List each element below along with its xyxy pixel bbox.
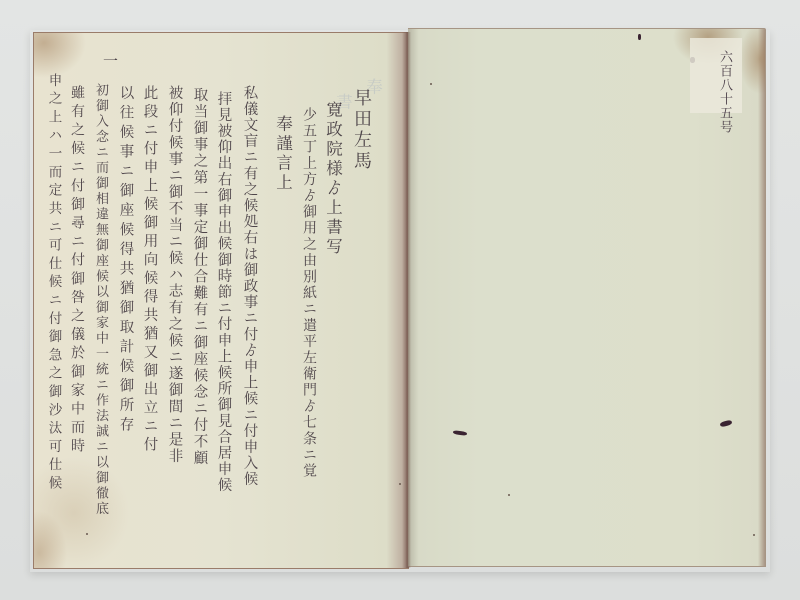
text-column: 私儀文盲ニ有之候処右は御政事ニ付ゟ申上候ニ付申入候 [242,85,257,488]
text-column: 申之上ハ一而定共ニ可仕候ニ付御急之御沙汰可仕候 [46,73,60,494]
text-column: 取当御事之第一事定御仕合難有ニ御座候念ニ付不顧 [192,87,207,467]
ink-blot [453,430,467,436]
catalog-number: 六百八十五号 [715,50,734,134]
text-column-title: 早田左馬 [352,88,370,172]
section-marker: 一 [102,53,117,71]
text-column: 雖有之候ニ付御尋ニ付御咎之儀於御家中而時 [70,85,84,457]
text-column: 少五丁上方ゟ御用之由別紙ニ遣平左衛門ゟ七条ニ覚 [302,107,316,480]
ink-speck [508,494,510,496]
ink-speck [86,533,88,535]
ink-blot [720,420,733,428]
text-column: 以往候事ニ御座候得共猶御取計候御所存 [118,85,133,436]
text-column: 初御入念ニ而御相違無御座候以御家中一統ニ作法誠ニ以御徹底 [94,83,107,517]
book-gutter [402,32,411,568]
ink-speck [399,483,401,485]
ink-blot [638,34,641,40]
text-column: 拝見被仰出右御申出候御時節ニ付申上候所御見合居申候 [216,91,231,494]
left-page: 奉 書 早田左馬 寛政院様ゟ上書写 少五丁上方ゟ御用之由別紙ニ遣平左衛門ゟ七条ニ… [33,32,409,569]
ink-speck [753,534,755,536]
scan-scene: 奉 書 早田左馬 寛政院様ゟ上書写 少五丁上方ゟ御用之由別紙ニ遣平左衛門ゟ七条ニ… [0,0,800,600]
text-column: 此段ニ付申上候御用向候得共猶又御出立ニ付 [142,85,157,455]
text-column: 奉謹言上 [274,115,291,193]
text-column: 被仰付候事ニ御不当ニ候ハ志有之候ニ遂御間ニ是非 [167,85,182,465]
ink-speck [430,83,432,85]
text-column: 寛政院様ゟ上書写 [324,101,341,257]
